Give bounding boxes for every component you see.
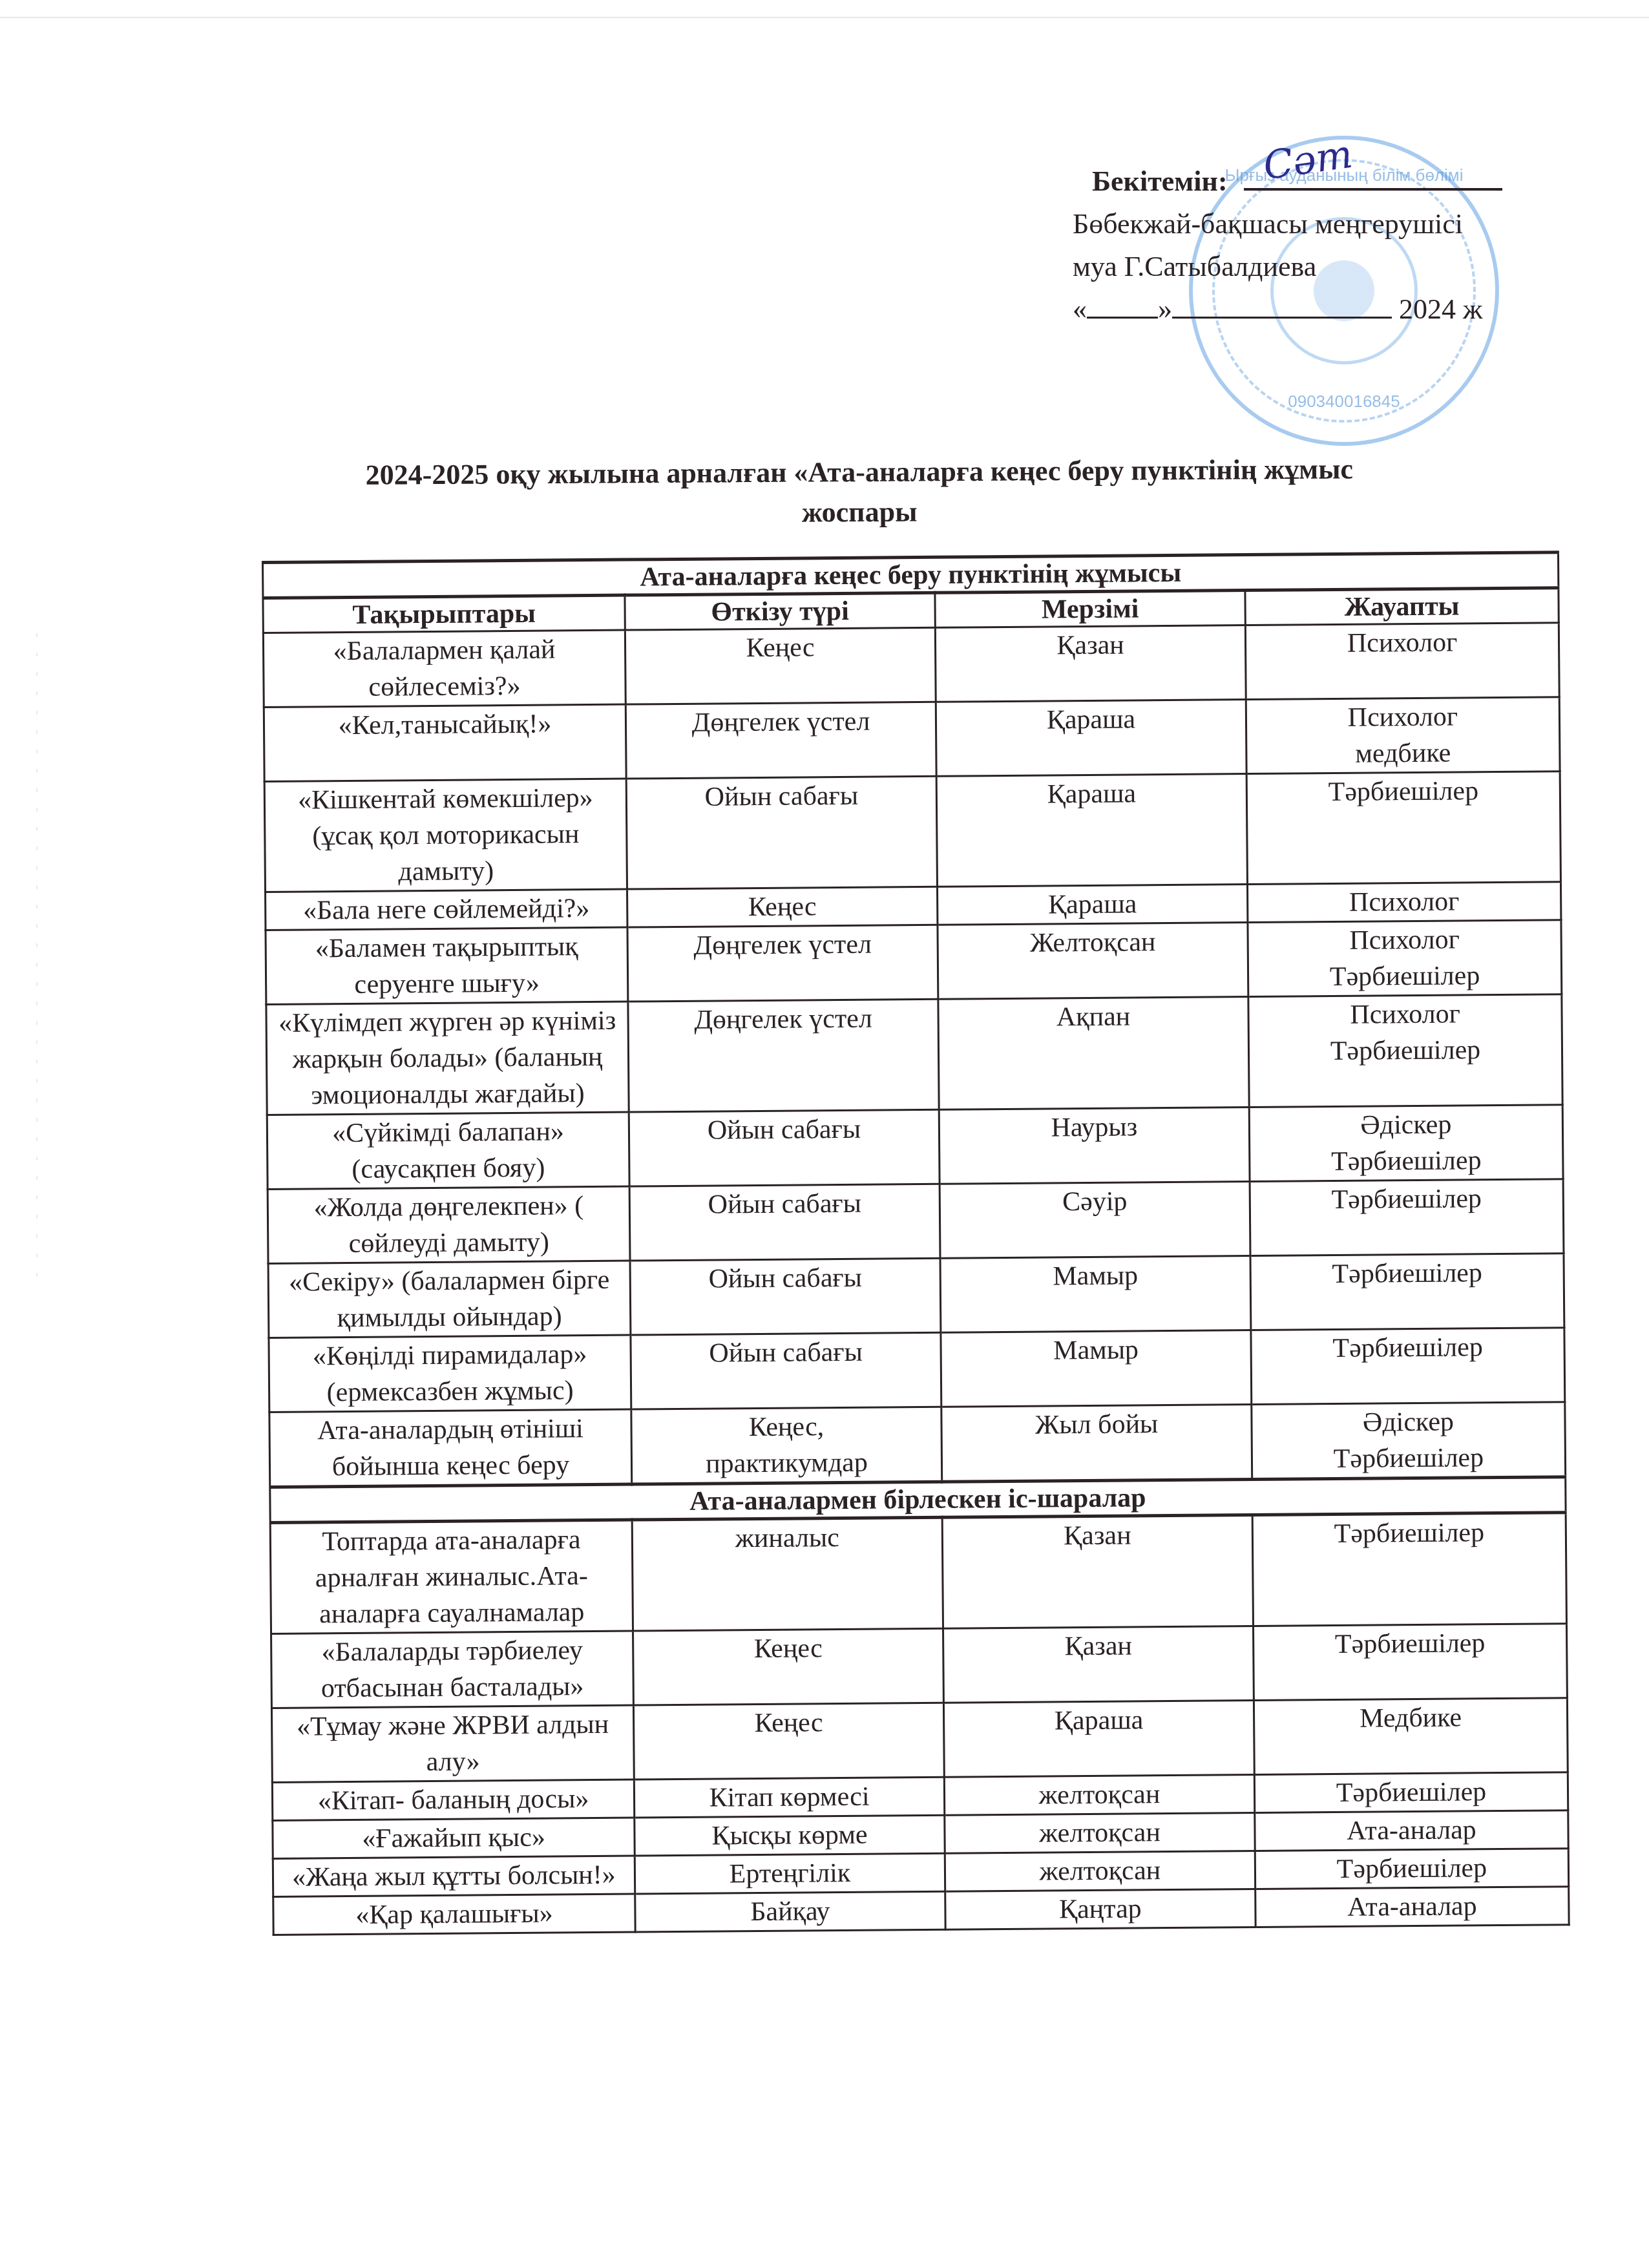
table-row: Ата-аналардың өтініші бойынша кеңес беру… — [269, 1402, 1566, 1487]
responsible-cell: Ата-аналар — [1255, 1887, 1569, 1927]
topic-cell: «Қар қалашығы» — [273, 1894, 635, 1935]
type-cell: Кеңес, практикумдар — [631, 1407, 942, 1484]
responsible-cell: Тәрбиешілер — [1246, 772, 1560, 885]
table-row: «Көңілді пирамидалар» (ермексазбен жұмыс… — [269, 1328, 1565, 1412]
column-header-term: Мерзімі — [935, 591, 1245, 628]
term-cell: Қазан — [942, 1515, 1253, 1629]
responsible-cell: Ата-аналар — [1255, 1811, 1568, 1851]
term-cell: желтоқсан — [945, 1851, 1255, 1891]
table-row: «Сүйкімді балапан» (саусақпен бояу)Ойын … — [267, 1105, 1563, 1190]
day-blank — [1087, 295, 1158, 319]
topic-cell: «Көңілді пирамидалар» (ермексазбен жұмыс… — [269, 1335, 631, 1412]
responsible-cell: Психолог Тәрбиешілер — [1248, 920, 1562, 997]
table-row: «Тұмау және ЖРВИ алдын алу»КеңесҚарашаМе… — [271, 1698, 1568, 1783]
responsible-cell: Тәрбиешілер — [1253, 1624, 1567, 1701]
signature: Сәт — [1261, 133, 1355, 188]
type-cell: Ойын сабағы — [631, 1332, 941, 1409]
topic-cell: «Бала неге сөйлемейді?» — [266, 889, 627, 930]
term-cell: Қараша — [936, 774, 1247, 887]
topic-cell: «Балалармен қалай сөйлесеміз?» — [263, 630, 625, 707]
approval-year: 2024 ж — [1399, 293, 1482, 325]
title-line-2: жоспары — [310, 489, 1409, 536]
term-cell: желтоқсан — [944, 1774, 1254, 1815]
type-cell: Дөңгелек үстел — [625, 702, 936, 779]
topic-cell: «Жолда дөңгелекпен» ( сөйлеуді дамыту) — [268, 1186, 630, 1263]
column-header-type: Өткізу түрі — [625, 593, 935, 630]
term-cell: Мамыр — [940, 1256, 1251, 1333]
topic-cell: «Сүйкімді балапан» (саусақпен бояу) — [267, 1112, 629, 1189]
term-cell: Қараша — [936, 700, 1246, 777]
responsible-cell: Психолог медбике — [1246, 697, 1560, 774]
topic-cell: «Күлімдеп жүрген әр күніміз жарқын болад… — [266, 1002, 629, 1115]
scan-edge — [0, 17, 1649, 18]
approval-date: «» 2024 ж — [1073, 288, 1538, 331]
plan-table-container: Ата-аналарға кеңес беру пунктінің жұмысы… — [262, 551, 1568, 1936]
table-row: Топтарда ата-аналарға арналған жиналыс.А… — [270, 1513, 1566, 1634]
term-cell: желтоқсан — [945, 1812, 1255, 1853]
responsible-cell: Психолог — [1245, 623, 1559, 700]
type-cell: Кеңес — [633, 1628, 944, 1705]
topic-cell: Ата-аналардың өтініші бойынша кеңес беру — [269, 1409, 632, 1487]
table-row: «Баламен тақырыптық серуенге шығу»Дөңгел… — [266, 920, 1562, 1005]
topic-cell: «Ғажайып қыс» — [273, 1818, 635, 1858]
table-row: «Күлімдеп жүрген әр күніміз жарқын болад… — [266, 994, 1562, 1115]
stamp-text-bottom: 090340016845 — [1193, 392, 1495, 412]
type-cell: Кеңес — [625, 627, 936, 704]
topic-cell: «Жаңа жыл құтты болсын!» — [273, 1856, 635, 1896]
topic-cell: «Баламен тақырыптық серуенге шығу» — [266, 927, 628, 1004]
responsible-cell: Тәрбиешілер — [1250, 1179, 1564, 1256]
table-row: «Балалармен қалай сөйлесеміз?»КеңесҚазан… — [263, 623, 1559, 708]
title-line-1: 2024-2025 оқу жылына арналған «Ата-анала… — [310, 449, 1409, 496]
scan-artifact — [36, 633, 37, 1279]
approve-label: Бекітемін: — [1073, 165, 1228, 197]
month-blank — [1172, 295, 1392, 319]
plan-table: Ата-аналарға кеңес беру пунктінің жұмысы… — [262, 551, 1570, 1936]
type-cell: жиналыс — [632, 1517, 943, 1631]
term-cell: Ақпан — [938, 997, 1249, 1110]
term-cell: Қазан — [935, 625, 1246, 702]
column-header-topics: Тақырыптары — [263, 595, 625, 633]
term-cell: Мамыр — [941, 1330, 1252, 1407]
approver-position: Бөбекжай-бақшасы меңгерушісі — [1073, 203, 1538, 246]
table-row: «Секіру» (балалармен бірге қимылды ойынд… — [268, 1254, 1564, 1338]
type-cell: Қысқы көрме — [635, 1815, 945, 1856]
responsible-cell: Психолог Тәрбиешілер — [1248, 994, 1562, 1108]
term-cell: Наурыз — [939, 1108, 1250, 1184]
type-cell: Байқау — [635, 1891, 945, 1932]
type-cell: Ойын сабағы — [629, 1184, 940, 1261]
term-cell: Сәуір — [940, 1182, 1250, 1259]
type-cell: Ойын сабағы — [626, 776, 937, 889]
term-cell: Қазан — [943, 1626, 1254, 1703]
table-row: «Кел,танысайық!»Дөңгелек үстелҚарашаПсих… — [264, 697, 1560, 782]
type-cell: Ойын сабағы — [630, 1258, 941, 1335]
topic-cell: «Кітап- баланың досы» — [272, 1780, 634, 1820]
topic-cell: «Балаларды тәрбиелеу отбасынан басталады… — [271, 1631, 634, 1708]
table-row: «Жолда дөңгелекпен» ( сөйлеуді дамыту)Ой… — [268, 1179, 1564, 1264]
responsible-cell: Тәрбиешілер — [1252, 1513, 1566, 1626]
term-cell: Қараша — [937, 885, 1247, 925]
topic-cell: «Тұмау және ЖРВИ алдын алу» — [271, 1705, 634, 1782]
responsible-cell: Әдіскер Тәрбиешілер — [1252, 1402, 1566, 1480]
type-cell: Дөңгелек үстел — [627, 925, 938, 1002]
type-cell: Ертеңгілік — [635, 1853, 945, 1894]
document-title: 2024-2025 оқу жылына арналған «Ата-анала… — [310, 449, 1409, 536]
table-row: «Кішкентай көмекшілер» (ұсақ қол моторик… — [264, 772, 1560, 892]
approver-name: муа Г.Сатыбалдиева — [1073, 246, 1538, 288]
table-row: «Балаларды тәрбиелеу отбасынан басталады… — [271, 1624, 1568, 1708]
type-cell: Кітап көрмесі — [634, 1777, 944, 1818]
column-header-responsible: Жауапты — [1245, 588, 1559, 625]
responsible-cell: Тәрбиешілер — [1251, 1328, 1565, 1405]
responsible-cell: Тәрбиешілер — [1254, 1772, 1568, 1813]
type-cell: Кеңес — [627, 887, 938, 927]
type-cell: Дөңгелек үстел — [628, 999, 939, 1112]
signature-line: Сәт — [1244, 162, 1502, 191]
topic-cell: «Кел,танысайық!» — [264, 704, 626, 781]
term-cell: Жыл бойы — [941, 1405, 1252, 1482]
responsible-cell: Тәрбиешілер — [1250, 1254, 1564, 1330]
term-cell: Қараша — [943, 1700, 1254, 1777]
topic-cell: Топтарда ата-аналарға арналған жиналыс.А… — [270, 1520, 633, 1633]
topic-cell: «Секіру» (балалармен бірге қимылды ойынд… — [268, 1261, 631, 1338]
topic-cell: «Кішкентай көмекшілер» (ұсақ қол моторик… — [264, 779, 627, 892]
term-cell: Желтоқсан — [938, 923, 1248, 1000]
responsible-cell: Психолог — [1247, 882, 1560, 923]
responsible-cell: Тәрбиешілер — [1255, 1849, 1568, 1889]
responsible-cell: Әдіскер Тәрбиешілер — [1249, 1105, 1563, 1182]
term-cell: Қаңтар — [945, 1889, 1255, 1929]
type-cell: Кеңес — [633, 1703, 944, 1780]
type-cell: Ойын сабағы — [629, 1109, 940, 1186]
approval-block: Ырғыз ауданының білім бөлімі 09034001684… — [1073, 155, 1538, 426]
responsible-cell: Медбике — [1254, 1698, 1568, 1775]
